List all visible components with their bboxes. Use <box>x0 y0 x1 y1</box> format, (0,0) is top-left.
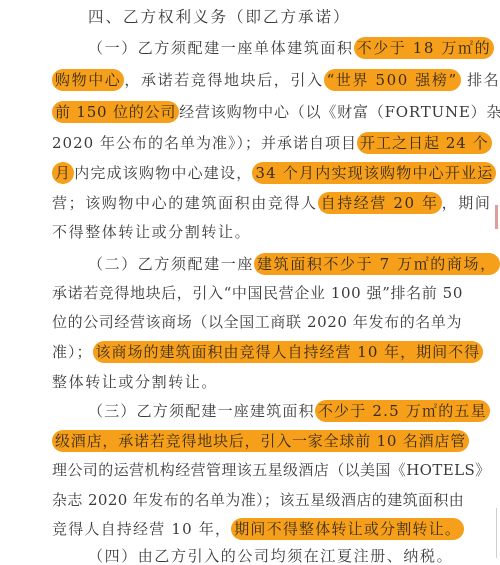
text-segment: （三）乙方须配建一座建筑面积 <box>88 402 315 420</box>
highlight-segment: 月 <box>52 162 74 184</box>
highlight-segment: “世界 500 强榜” <box>324 69 461 91</box>
text-line: （一）乙方须配建一座单体建筑面积不少于 18 万㎡的 <box>88 37 448 59</box>
section-heading: 四、乙方权利义务（即乙方承诺） <box>88 6 484 28</box>
highlight-segment: 前 150 位的公司 <box>52 101 179 123</box>
text-segment: 排名 <box>461 71 500 89</box>
text-segment: 整体转让或分割转让。 <box>52 373 218 391</box>
page-edge-mark <box>495 205 498 229</box>
text-segment: ，期间 <box>442 194 492 212</box>
text-line: 营；该购物中心的建筑面积由竞得人自持经营 20 年，期间 <box>52 192 448 214</box>
text-line: 前 150 位的公司经营该购物中心（以《财富（FORTUNE）杂志 <box>52 101 448 123</box>
text-segment: （二）乙方须配建一座 <box>88 255 254 273</box>
text-line: 级酒店，承诺若竞得地块后，引入一家全球前 10 名酒店管 <box>52 430 448 452</box>
highlight-segment: 不少于 2.5 万㎡的五星 <box>315 400 490 422</box>
text-line: 整体转让或分割转让。 <box>52 371 448 393</box>
text-line: 理公司的运营机构经营管理该五星级酒店（以美国《HOTELS》 <box>52 459 448 481</box>
text-segment: 准）； <box>52 343 93 361</box>
document-page: 四、乙方权利义务（即乙方承诺） （一）乙方须配建一座单体建筑面积不少于 18 万… <box>0 0 500 565</box>
text-segment: 内完成该购物中心建设， <box>74 164 252 182</box>
highlight-segment: 建筑面积不少于 7 万㎡的商场， <box>254 253 500 275</box>
text-line: 竞得人自持经营 10 年，期间不得整体转让或分割转让。 <box>52 518 448 540</box>
text-line: 位的公司经营该商场（以全国工商联 2020 年发布的名单为 <box>52 311 448 333</box>
highlight-segment: 级酒店，承诺若竞得地块后，引入一家全球前 10 名酒店管 <box>52 430 469 452</box>
text-line: 月内完成该购物中心建设，34 个月内实现该购物中心开业运 <box>52 162 448 184</box>
highlight-segment: 开工之日起 24 个 <box>357 132 492 154</box>
text-segment: 不得整体转让或分割转让。 <box>52 223 251 241</box>
highlight-segment: 不少于 18 万㎡的 <box>354 37 495 59</box>
text-line: 准）；该商场的建筑面积由竞得人自持经营 10 年，期间不得 <box>52 341 448 363</box>
text-line: （四）由乙方引入的公司均须在江夏注册、纳税。 <box>88 545 448 565</box>
page-edge-line <box>496 508 497 558</box>
highlight-segment: 购物中心 <box>52 69 124 91</box>
text-segment: （一）乙方须配建一座单体建筑面积 <box>88 39 354 57</box>
text-segment: 营；该购物中心的建筑面积由竞得人 <box>52 194 318 212</box>
text-line: 购物中心，承诺若竞得地块后，引入“世界 500 强榜” 排名 <box>52 69 448 91</box>
text-segment: 位的公司经营该商场（以全国工商联 2020 年发布的名单为 <box>52 313 462 331</box>
text-line: （二）乙方须配建一座建筑面积不少于 7 万㎡的商场， <box>88 253 448 275</box>
text-segment: ，承诺若竞得地块后，引入 <box>124 71 323 89</box>
text-segment: 竞得人自持经营 10 年， <box>52 520 231 538</box>
text-line: 承诺若竞得地块后，引入“中国民营企业 100 强”排名前 50 <box>52 282 448 304</box>
text-segment: 经营该购物中心（以《财富（FORTUNE）杂志 <box>179 103 500 121</box>
text-segment: 理公司的运营机构经营管理该五星级酒店（以美国《HOTELS》 <box>52 461 491 479</box>
highlight-segment: 34 个月内实现该购物中心开业运 <box>252 162 496 184</box>
text-segment: 2020 年公布的名单为准》）；并承诺自项目 <box>52 134 357 152</box>
highlight-segment: 期间不得整体转让或分割转让。 <box>231 518 464 540</box>
text-line: （三）乙方须配建一座建筑面积不少于 2.5 万㎡的五星 <box>88 400 448 422</box>
highlight-segment: 自持经营 20 年 <box>318 192 442 214</box>
text-line: 2020 年公布的名单为准》）；并承诺自项目开工之日起 24 个 <box>52 132 448 154</box>
text-line: 杂志 2020 年发布的名单为准）；该五星级酒店的建筑面积由 <box>52 489 448 511</box>
text-segment: （四）由乙方引入的公司均须在江夏注册、纳税。 <box>88 547 453 565</box>
text-segment: 杂志 2020 年发布的名单为准）；该五星级酒店的建筑面积由 <box>52 491 464 509</box>
highlight-segment: 该商场的建筑面积由竞得人自持经营 10 年，期间不得 <box>93 341 484 363</box>
text-segment: 承诺若竞得地块后，引入“中国民营企业 100 强”排名前 50 <box>52 284 463 302</box>
text-line: 不得整体转让或分割转让。 <box>52 221 448 243</box>
